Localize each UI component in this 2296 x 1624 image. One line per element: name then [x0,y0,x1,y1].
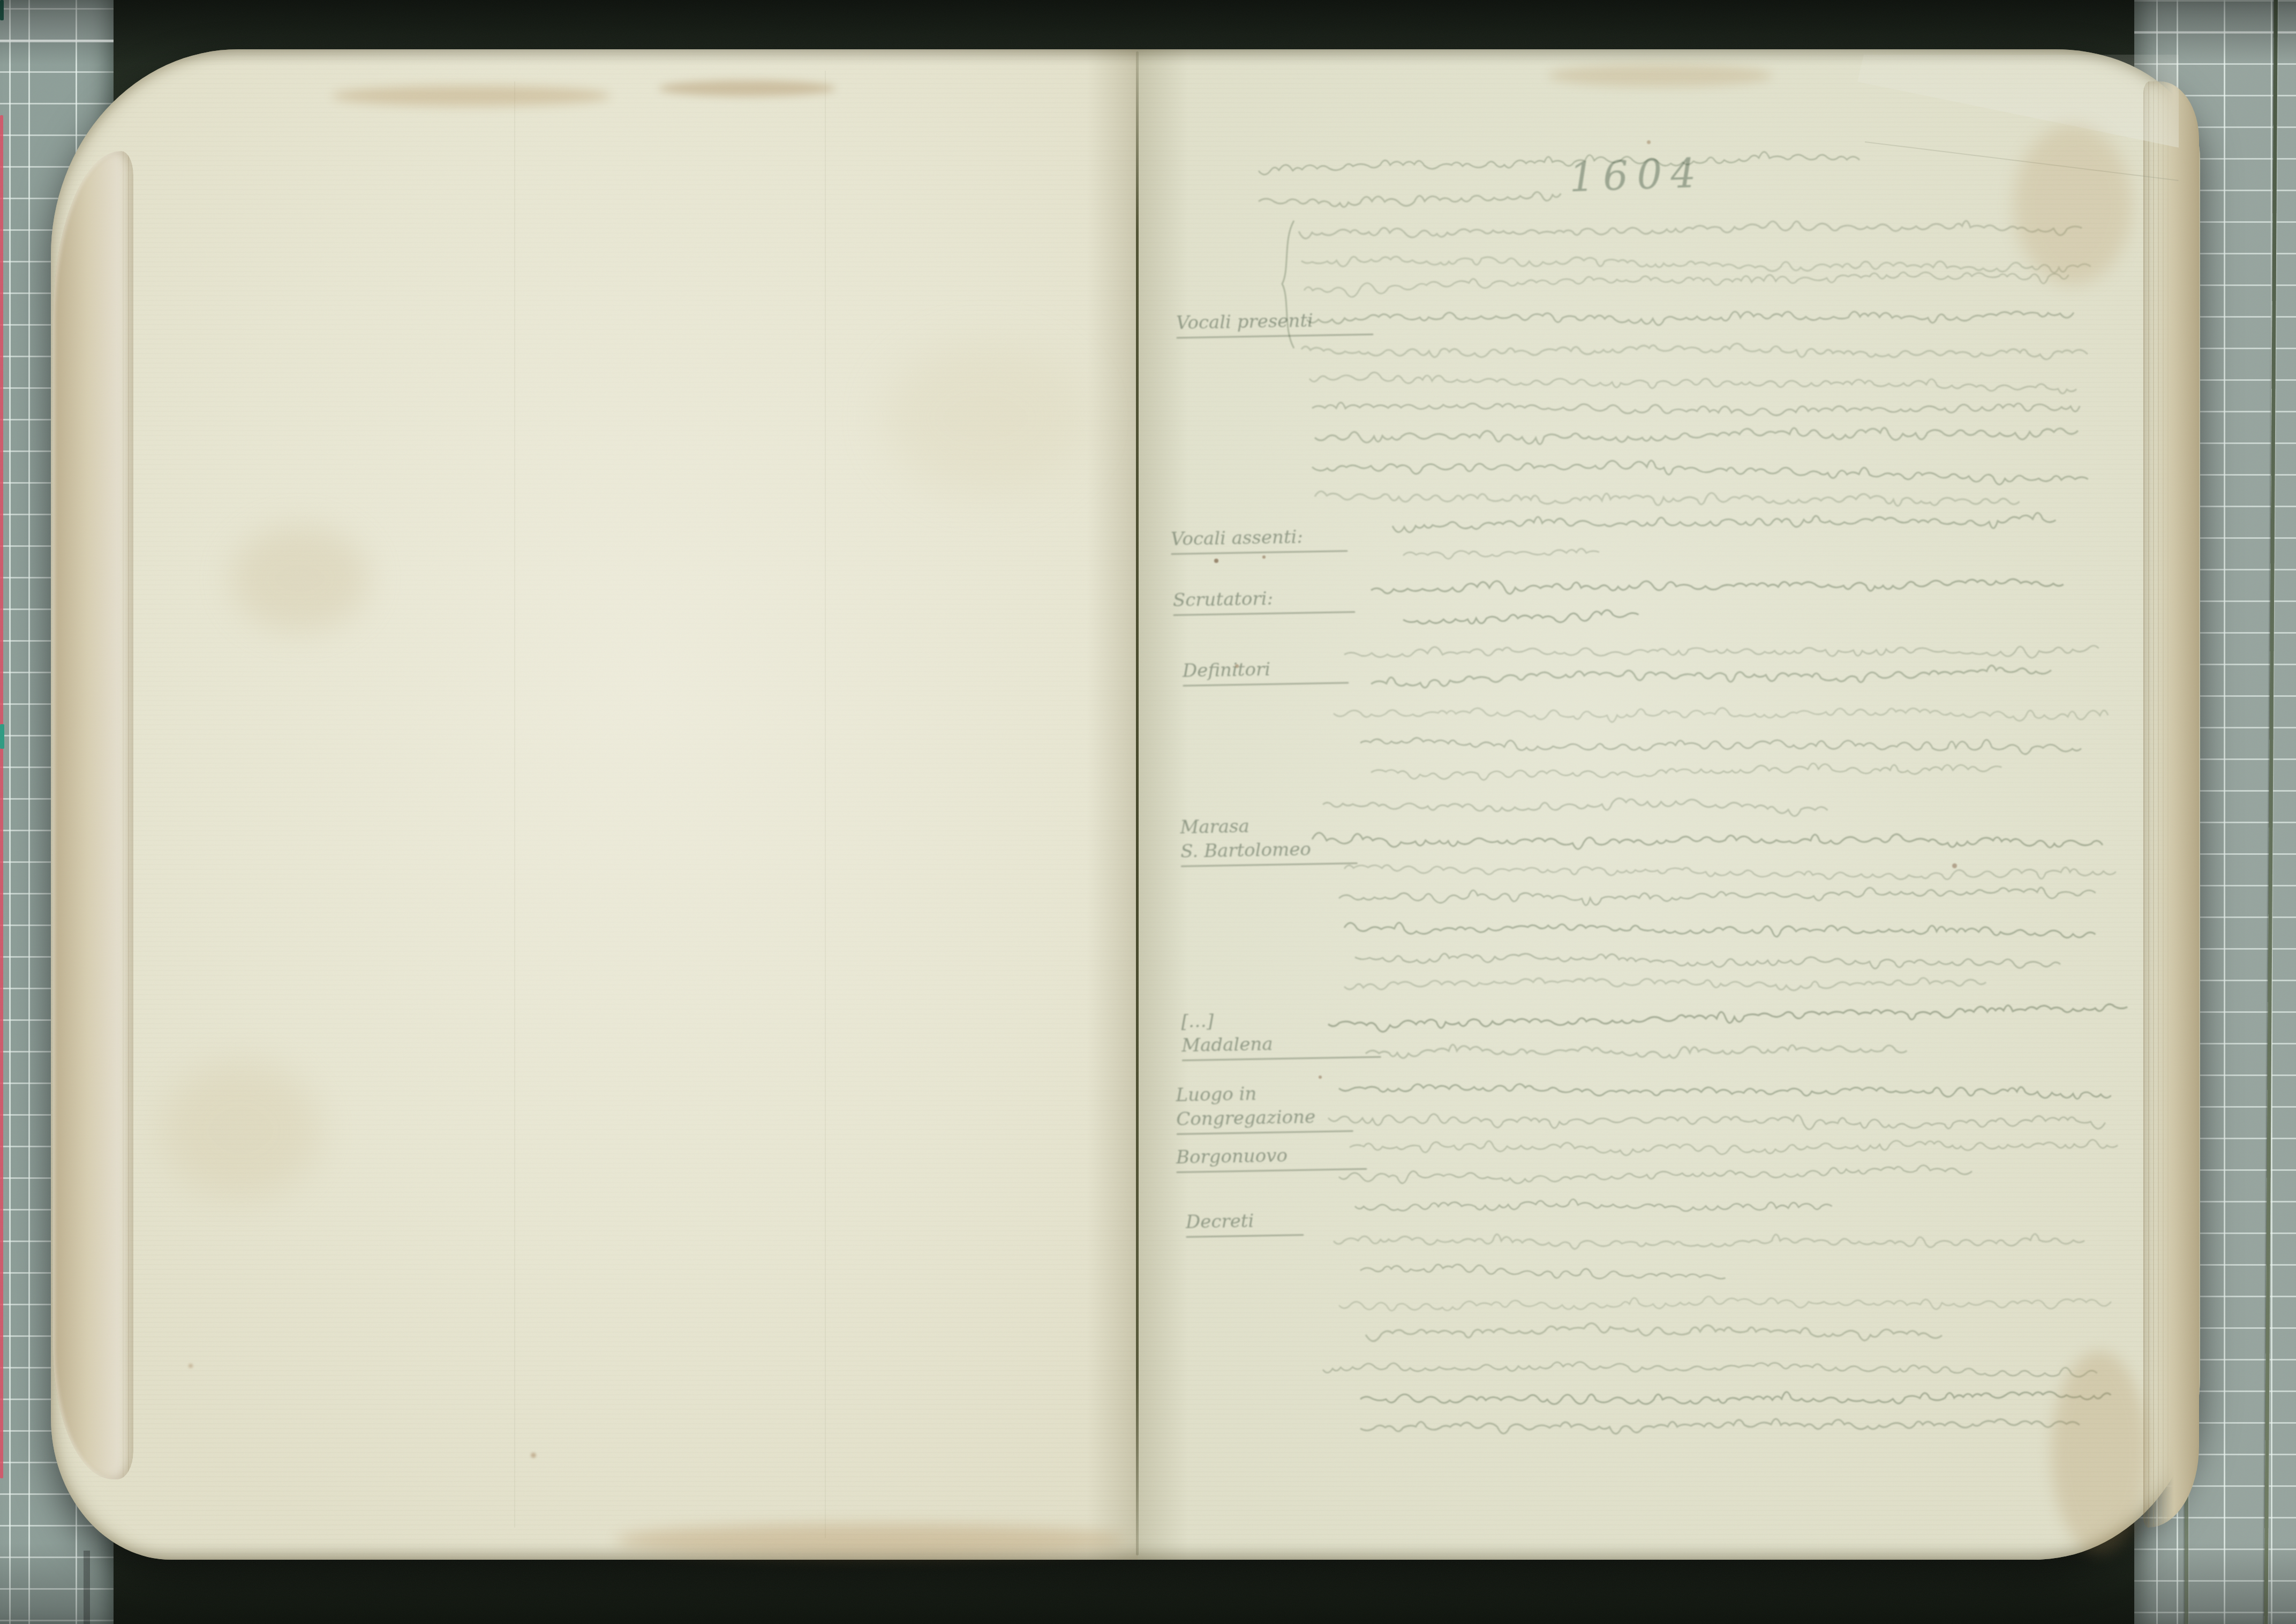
handwriting-line [1360,1386,2110,1408]
grid-major-line [0,40,114,42]
handwriting-stroke [1301,343,2088,359]
handwriting-line [1304,277,2065,299]
handwriting-stroke [1355,953,2060,968]
handwriting-line [1350,1134,2110,1156]
handwriting-stroke [1350,1140,2118,1155]
foxing-dot [1262,555,1266,559]
handwriting-line [1323,792,1821,813]
handwriting-line [1339,1292,2099,1314]
foxing-stain [161,1061,321,1200]
handwriting-stroke [1366,1324,1942,1341]
handwriting-line [1312,395,2078,417]
handwriting-line [1403,543,1596,564]
support-board-edge [84,1551,90,1624]
foxing-stain [230,525,370,632]
foxing-stain [332,86,611,106]
handwriting-stroke [1334,708,2108,723]
foxing-stain [2014,124,2132,285]
handwriting-stroke [1344,865,2116,879]
handwriting-stroke [1323,1362,2097,1377]
handwriting-stroke [1328,1114,2105,1130]
film-edge-teal-mark [0,0,4,20]
handwriting-line [1301,248,2081,269]
handwriting-line [1339,1164,1971,1185]
handwriting-stroke [1360,738,2081,754]
handwriting-line [1360,1416,2073,1437]
handwriting-stroke [1403,548,1599,559]
list-brace-flourish [1280,221,1296,349]
handwriting-line [1323,1357,2094,1378]
handwriting-stroke [1312,403,2080,416]
handwriting-stroke [1355,1199,1832,1211]
handwriting-line [1371,760,1992,781]
foxing-dot [1647,140,1651,144]
handwriting-stroke [1312,833,2103,849]
handwriting-line [1312,826,2099,848]
handwriting-stroke [1301,257,2090,273]
handwriting-line [1355,944,2051,966]
handwriting-stroke [1344,923,2095,938]
handwriting-stroke [1371,579,2064,594]
handwriting-line [1339,885,2089,907]
handwriting-stroke [1299,221,2082,238]
handwriting-stroke [1259,152,1860,175]
handwriting-line [1392,513,2051,535]
film-edge-teal-mark [0,724,4,749]
handwriting-line [1301,336,2073,358]
handwriting-line [1315,425,2075,446]
handwriting-line [1328,1105,2105,1126]
handwriting-stroke [1360,1265,1726,1279]
handwriting-stroke [1339,1165,1972,1183]
handwriting-stroke [1371,665,2051,688]
handwriting-stroke [1344,978,1986,990]
handwriting-line [1328,1011,2121,1033]
handwriting-stroke [1360,1419,2080,1434]
handwriting-line [1344,915,2089,936]
handwriting-line [1344,642,2094,663]
handwriting-line [1344,974,1976,995]
handwriting-line [1371,671,2046,693]
handwriting-stroke [1304,272,2068,297]
handwriting-line [1366,1041,1901,1062]
handwriting-stroke [1315,428,2078,445]
handwriting-line [1315,484,2011,505]
handwriting-stroke [1323,798,1827,816]
handwriting-line [1344,856,2105,877]
handwriting-line [1309,366,2070,387]
handwriting-stroke [1309,372,2076,394]
handwriting-stroke [1334,1234,2084,1249]
handwriting-stroke [1282,221,1294,348]
handwriting-line [1339,1076,2110,1097]
faded-handwriting-lines [51,49,2200,1560]
foxing-dot [189,1364,193,1368]
handwriting-stroke [1403,610,1639,623]
handwriting-line [1334,1228,2078,1250]
handwriting-line [1299,219,2070,240]
handwriting-stroke [1339,888,2096,905]
handwriting-line [1403,607,1628,628]
handwriting-stroke [1344,645,2099,658]
handwriting-line [1360,1258,1725,1279]
handwriting-line [1355,1193,1826,1215]
handwriting-line [1259,158,1853,179]
manuscript-book: 1604 Vocali presentiVocali assenti:Scrut… [51,49,2200,1560]
handwriting-stroke [1328,1004,2127,1032]
foxing-stain [1548,64,1773,87]
foxing-dot [1214,559,1218,563]
foxing-dot [531,1453,536,1458]
handwriting-line [1307,307,2073,328]
foxing-stain [659,80,835,96]
handwriting-stroke [1371,763,2001,780]
archival-photograph-of-open-manuscript: 1604 Vocali presentiVocali assenti:Scrut… [0,0,2296,1624]
handwriting-stroke [1392,513,2056,532]
handwriting-stroke [1339,1084,2111,1099]
handwriting-line [1366,1322,1933,1343]
foxing-dot [1235,664,1239,668]
handwriting-stroke [1312,461,2088,485]
film-edge-red-stripe [0,115,3,1478]
handwriting-line [1360,730,2073,751]
grid-major-line [2134,31,2296,34]
handwriting-stroke [1307,312,2074,326]
foxing-stain [884,343,1087,493]
handwriting-line [1312,454,2078,476]
handwriting-stroke [1360,1392,2111,1404]
handwriting-line [1371,577,2062,599]
handwriting-line [1334,701,2105,722]
grid-highlight-band [0,0,114,40]
handwriting-line [1259,189,1559,210]
handwriting-stroke [1259,192,1561,207]
handwriting-stroke [1366,1044,1907,1058]
foxing-stain [616,1524,1125,1557]
foxing-dot [1319,1076,1322,1079]
foxing-stain [2051,1351,2148,1554]
handwriting-stroke [1339,1296,2111,1311]
foxing-dot [1952,863,1957,868]
handwriting-stroke [1315,491,2020,506]
